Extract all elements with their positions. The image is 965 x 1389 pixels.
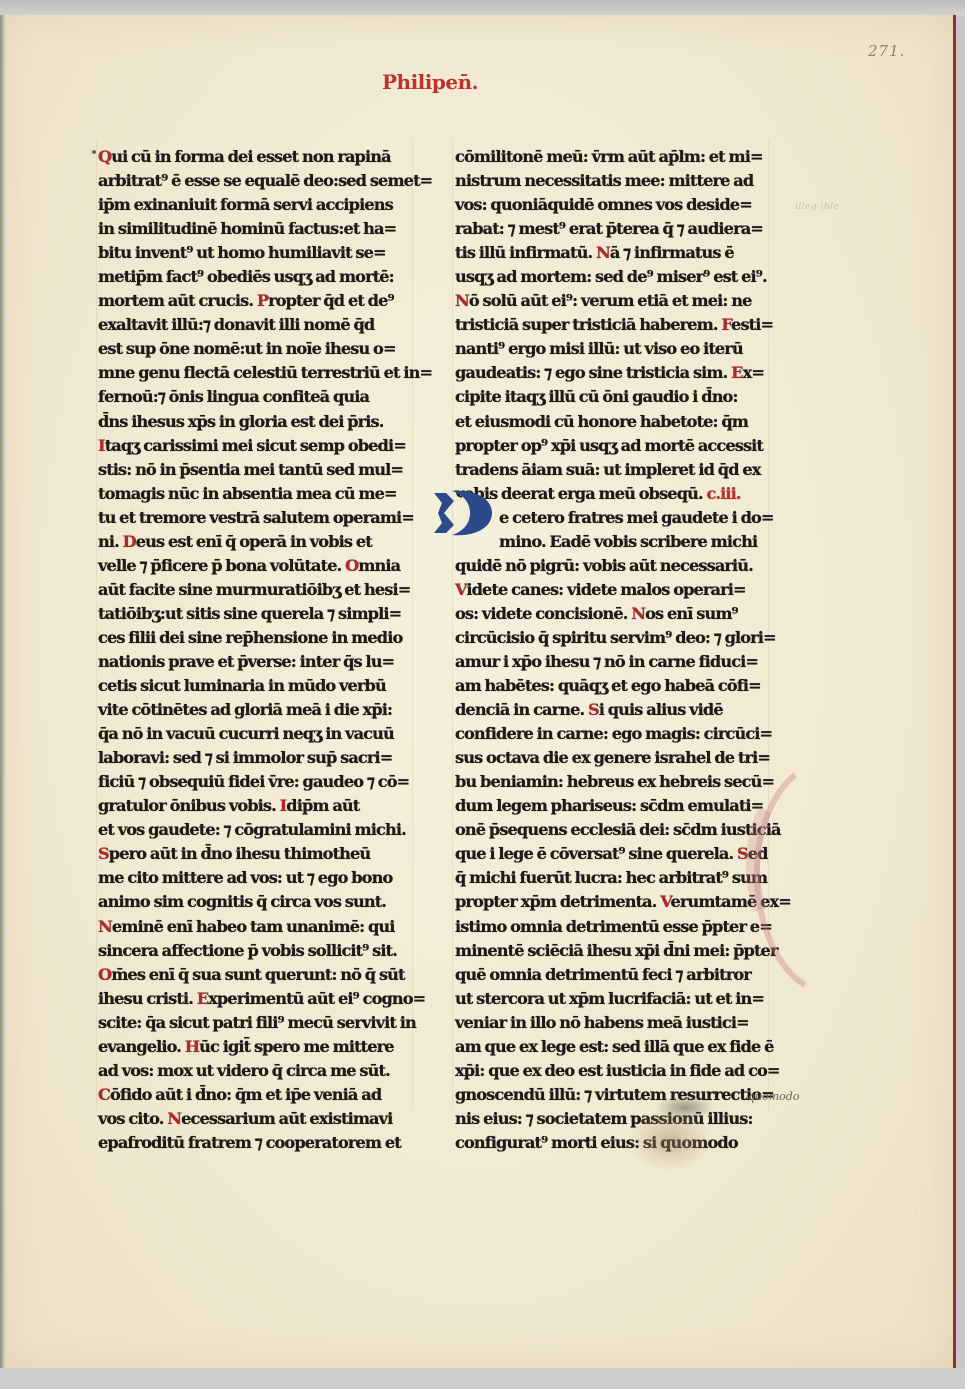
text-line: Videte canes: videte malos operari= [455,578,785,602]
text-line: ad vos: mox ut videro q̄ circa me sūt. [98,1059,428,1083]
text-line: tomagis nūc in absentia mea cū me= [98,482,428,506]
text-line: vos cito. Necessarium aūt existimavi [98,1107,428,1131]
text-line: e cetero fratres mei gaudete i do= [455,506,785,530]
text-line: ip̄m exinaniuit formā servi accipiens [98,193,428,217]
text-line: nationis prave et p̄verse: inter q̄s lu= [98,650,428,674]
scanner-background-top [0,0,965,16]
text-line: tu et tremore vestrā salutem operami= [98,506,428,530]
rubricated-initial: I [280,796,287,815]
text-column-right: cōmilitonē meū: v̄rm aūt ap̄lm: et m… [455,145,785,1155]
text-line: am habētes: quāqʒ et ego habeā cōfi= [455,674,785,698]
text-line: mortem aūt crucis. Propter q̄d et de⁹ [98,289,428,313]
text-line: veniar in illo nō habens meā iustici= [455,1011,785,1035]
text-line: nanti⁹ ergo misi illū: ut viso eo iteru… [455,337,785,361]
text-line: in similitudinē hominū factus:et ha= [98,217,428,241]
rubricated-initial: D [123,532,136,551]
rubricated-initial: Q [98,147,111,166]
text-line: Cōfido aūt i d̄no: q̄m et ip̄e veniā … [98,1083,428,1107]
text-line: Qui cū in forma dei esset non rapinā [98,145,428,169]
rubricated-initial: V [455,580,466,599]
scanner-background-bottom [0,1368,965,1389]
text-line: q̄ michi fuerūt lucra: hec arbitrat⁹ su… [455,866,785,890]
text-line: usqʒ ad mortem: sed de⁹ miser⁹ est ei⁹. [455,265,785,289]
text-line: aūt facite sine murmuratiōibʒ et hesi= [98,578,428,602]
text-line: bitu invent⁹ ut homo humiliavit se= [98,241,428,265]
rubricated-initial: C [98,1085,110,1104]
rubricated-initial: E [731,363,742,382]
text-line: arbitrat⁹ ē esse se equalē deo:sed sem… [98,169,428,193]
text-line: Itaqʒ carissimi mei sicut semp obedi= [98,434,428,458]
text-line: vos: quoniāquidē omnes vos deside= [455,193,785,217]
rubricated-initial: N [631,604,645,623]
text-line: ficiū ⁊ obsequiū fidei v̄re: gaudeo ⁊ … [98,770,428,794]
text-line: amur i xp̄o ihesu ⁊ nō in carne fiduci= [455,650,785,674]
text-line: circūcisio q̄ spiritu servim⁹ deo: ⁊ gl… [455,626,785,650]
text-line: minentē sciēciā ihesu xp̄i d̄ni mei: … [455,939,785,963]
ruling-line [96,140,97,1110]
text-line: rabat: ⁊ mest⁹ erat p̄terea q̄ ⁊ audiera… [455,217,785,241]
text-line: nistrum necessitatis mee: mittere ad [455,169,785,193]
text-line: propter xp̄m detrimenta. Verumtamē ex= [455,890,785,914]
text-line: vite cōtinētes ad gloriā meā i die x… [98,698,428,722]
text-line: metip̄m fact⁹ obediēs usqʒ ad mortē: [98,265,428,289]
rubricated-initial: O [345,556,358,575]
text-line: ut stercora ut xp̄m lucrifaciā: ut et i… [455,987,785,1011]
text-line: gratulor ōnibus vobis. Idip̄m aūt [98,794,428,818]
text-line: gnoscendū illū: ⁊ virtutem resurrectio… [455,1083,785,1107]
text-line: gaudeatis: ⁊ ego sine tristicia sim. Ex= [455,361,785,385]
text-line: animo sim cognitis q̄ circa vos sunt. [98,890,428,914]
text-column-left: Qui cū in forma dei esset non rapināar… [98,145,428,1155]
text-line: Spero aūt in d̄no ihesu thimotheū [98,842,428,866]
text-line: denciā in carne. Si quis alius vidē [455,698,785,722]
text-line: que i lege ē cōversat⁹ sine querela. S… [455,842,785,866]
show-through-red-stroke [745,770,815,990]
faint-marginal-note: illeg·ible [795,202,839,212]
text-line: cōmilitonē meū: v̄rm aūt ap̄lm: et m… [455,145,785,169]
rubricated-initial: N [98,917,112,936]
text-line: me cito mittere ad vos: ut ⁊ ego bono [98,866,428,890]
folio-number: 271. [868,42,905,60]
rubricated-initial: H [185,1037,199,1056]
text-line: laboravi: sed ⁊ si immolor sup̄ sacri= [98,746,428,770]
text-line: quidē nō pigrū: vobis aūt necessariu… [455,554,785,578]
text-line: xp̄i: que ex deo est iusticia in fide ad… [455,1059,785,1083]
text-line: dum legem phariseus: sc̄dm emulati= [455,794,785,818]
text-line: est sup ōne nomē:ut in noīe ihesu o= [98,337,428,361]
text-line: bu beniamin: hebreus ex hebreis secū= [455,770,785,794]
text-line: am que ex lege est: sed illā que ex fid… [455,1035,785,1059]
text-line: exaltavit illū:⁊ donavit illi nomē q̄d [98,313,428,337]
rubricated-initial: E [197,989,208,1008]
text-line: tristiciā super tristiciā haberem. Fes… [455,313,785,337]
text-line: velle ⁊ p̄ficere p̄ bona volūtate. Omni… [98,554,428,578]
page-gutter-edge [0,15,6,1369]
text-line: Nō solū aūt ei⁹: verum etiā et mei: … [455,289,785,313]
rubricated-initial: V [660,892,670,911]
text-line: cipite itaqʒ illū cū ōni gaudio i d̄n… [455,385,785,409]
text-line: et eiusmodi cū honore habetote: q̄m [455,410,785,434]
text-line: tatiōibʒ:ut sitis sine querela ⁊ simpli… [98,602,428,626]
text-line: q̄a nō in vacuū cucurri neqʒ in vacuū [98,722,428,746]
ink-smudge [655,1095,715,1120]
text-line: mne genu flectā celestiū terrestriū e… [98,361,428,385]
marginal-note-quomodo: quomodo [748,1090,799,1103]
text-line: Om̄es enī q̄ sua sunt querunt: nō q̄ s… [98,963,428,987]
text-line: fernoū:⁊ ōnis lingua confiteā quia [98,385,428,409]
text-line: configurat⁹ morti eius: si quomodo [455,1131,785,1155]
rubricated-initial: N [455,291,469,310]
rubricated-initial: P [257,291,268,310]
text-line: ces filii dei sine rep̄hensione in medio [98,626,428,650]
text-line: Neminē enī habeo tam unanimē: qui [98,915,428,939]
text-line: confidere in carne: ego magis: circūci= [455,722,785,746]
rubricated-initial: O [98,965,111,984]
text-line: onē p̄sequens ecclesiā dei: sc̄dm iust… [455,818,785,842]
text-line: stis: nō in p̄sentia mei tantū sed mul… [98,458,428,482]
text-line: cetis sicut luminaria in mūdo verbū [98,674,428,698]
rubricated-initial: N [167,1109,181,1128]
rubricated-initial: N [596,243,610,262]
text-line: propter op⁹ xp̄i usqʒ ad mortē accessit [455,434,785,458]
text-line: ihesu cristi. Experimentū aūt ei⁹ cogn… [98,987,428,1011]
text-line: et vos gaudete: ⁊ cōgratulamini michi. [98,818,428,842]
text-line: d̄ns ihesus xp̄s in gloria est dei p̄ris… [98,410,428,434]
chapter-mark: c.iii. [703,484,741,503]
text-line: tis illū infirmatū. Nā ⁊ infirmatus e… [455,241,785,265]
text-line: ni. Deus est enī q̄ operā in vobis et [98,530,428,554]
rubricated-initial: S [588,700,599,719]
text-line: scite: q̄a sicut patri fili⁹ mecū servi… [98,1011,428,1035]
text-line: quē omnia detrimentū feci ⁊ arbitror [455,963,785,987]
text-line: nis eius: ⁊ societatem passionū illius: [455,1107,785,1131]
decorated-initial-d-icon [432,487,494,539]
text-line: tradens āiam suā: ut impleret id q̄d e… [455,458,785,482]
text-line: vobis deerat erga meū obseqū. c.iii. [455,482,785,506]
margin-dot [92,150,96,154]
rubricated-initial: I [98,436,105,455]
running-head: Philipen̄. [382,70,478,94]
text-line: os: videte concisionē. Nos enī sum⁹ [455,602,785,626]
rubricated-initial: S [98,844,109,863]
text-line: sincera affectione p̄ vobis sollicit⁹ si… [98,939,428,963]
text-line: epafroditū fratrem ⁊ cooperatorem et [98,1131,428,1155]
text-line: evangelio. Hūc igit̄ spero me mittere [98,1035,428,1059]
text-line: istimo omnia detrimentū esse p̄pter e= [455,915,785,939]
text-line: mino. Eadē vobis scribere michi [455,530,785,554]
ruling-line [452,140,453,1110]
text-line: sus octava die ex genere israhel de tri= [455,746,785,770]
rubricated-initial: F [721,315,731,334]
